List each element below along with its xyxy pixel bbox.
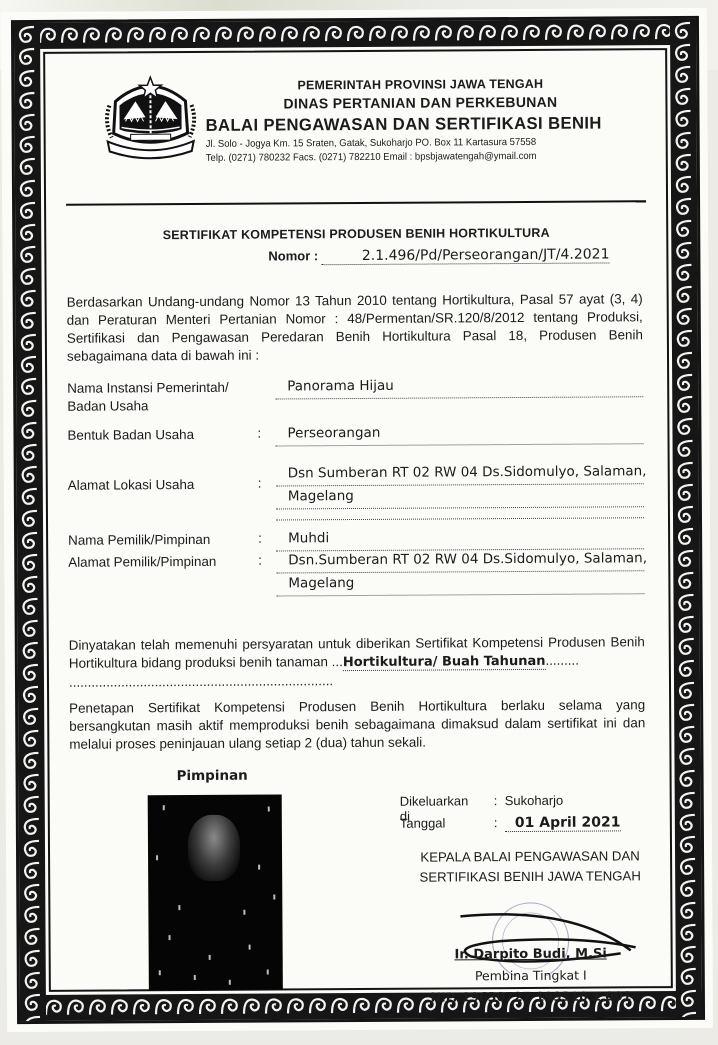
- portrait-photo: [148, 794, 283, 990]
- border-band-left: [14, 23, 46, 1021]
- field-value-line2: Magelang: [276, 573, 644, 596]
- issue-place-value: Sukoharjo: [505, 793, 564, 808]
- face-silhouette: [188, 815, 240, 881]
- field-row: Alamat Lokasi Usaha : Dsn Sumberan RT 02…: [68, 463, 644, 467]
- statement-crop: Hortikultura/ Buah Tahunan: [343, 654, 546, 671]
- field-label: Alamat Pemilik/Pimpinan: [68, 553, 253, 572]
- field-value: Perseorangan: [275, 423, 643, 446]
- decorative-border: PEMERINTAH PROVINSI JAWA TENGAH DINAS PE…: [11, 16, 705, 1024]
- intro-paragraph: Berdasarkan Undang-undang Nomor 13 Tahun…: [67, 290, 643, 366]
- border-band-top: [14, 19, 696, 49]
- field-value: Muhdi: [276, 528, 644, 551]
- letterhead-department: DINAS PERTANIAN DAN PERKEBUNAN: [165, 93, 675, 112]
- field-row: Bentuk Badan Usaha : Perseorangan: [67, 423, 643, 427]
- border-band-right: [670, 19, 702, 1017]
- field-label: Alamat Lokasi Usaha: [68, 476, 253, 495]
- field-value: Panorama Hijau: [275, 376, 643, 399]
- signer-nip: NIP. 19630727 199310 1 001: [396, 985, 666, 1008]
- field-label: Nama Pemilik/Pimpinan: [68, 531, 253, 550]
- issue-date-label: Tanggal: [400, 815, 446, 830]
- letterhead-agency: BALAI PENGAWASAN DAN SERTIFIKASI BENIH: [206, 113, 667, 136]
- certificate-number: Nomor : 2.1.496/Pd/Perseorangan/JT/4.202…: [268, 246, 609, 264]
- signer-block: Ir. Darpito Budi, M.Si Pembina Tingkat I…: [396, 943, 666, 1008]
- letterhead-address: Jl. Solo - Jogya Km. 15 Sraten, Gatak, S…: [206, 136, 653, 150]
- field-value-line2: Magelang: [276, 486, 644, 509]
- letterhead-divider: [66, 200, 646, 206]
- signer-rank: Pembina Tingkat I: [396, 964, 666, 987]
- letterhead: PEMERINTAH PROVINSI JAWA TENGAH DINAS PE…: [205, 76, 676, 164]
- content-frame: PEMERINTAH PROVINSI JAWA TENGAH DINAS PE…: [43, 48, 673, 992]
- certificate-title: SERTIFIKAT KOMPETENSI PRODUSEN BENIH HOR…: [46, 225, 666, 243]
- holder-label: Pimpinan: [177, 768, 248, 784]
- field-value: Dsn Sumberan RT 02 RW 04 Ds.Sidomulyo, S…: [276, 463, 644, 486]
- field-row: Nama Pemilik/Pimpinan : Muhdi: [68, 528, 644, 532]
- certificate-number-label: Nomor :: [268, 248, 322, 263]
- certificate-number-value: 2.1.496/Pd/Perseorangan/JT/4.2021: [322, 246, 610, 265]
- certificate-sheet: PEMERINTAH PROVINSI JAWA TENGAH DINAS PE…: [1, 8, 713, 1032]
- statement-paragraph: Dinyatakan telah memenuhi persyaratan un…: [69, 633, 645, 692]
- signer-name: Ir. Darpito Budi, M.Si: [396, 943, 666, 966]
- issuing-office: KEPALA BALAI PENGAWASAN DAN SERTIFIKASI …: [395, 846, 665, 888]
- field-row: Nama Instansi Pemerintah/ Badan Usaha Pa…: [67, 376, 643, 380]
- field-value: Dsn.Sumberan RT 02 RW 04 Ds.Sidomulyo, S…: [276, 550, 644, 573]
- field-label: Nama Instansi Pemerintah/ Badan Usaha: [67, 379, 252, 416]
- field-label: Bentuk Badan Usaha: [67, 426, 252, 445]
- validity-paragraph: Penetapan Sertifikat Kompetensi Produsen…: [69, 696, 645, 754]
- letterhead-province: PEMERINTAH PROVINSI JAWA TENGAH: [165, 76, 675, 93]
- office-line1: KEPALA BALAI PENGAWASAN DAN: [395, 846, 665, 868]
- office-line2: SERTIFIKASI BENIH JAWA TENGAH: [395, 866, 665, 888]
- issue-date-value: 01 April 2021: [505, 814, 621, 832]
- letterhead-contact: Telp. (0271) 780232 Facs. (0271) 782210 …: [206, 150, 653, 164]
